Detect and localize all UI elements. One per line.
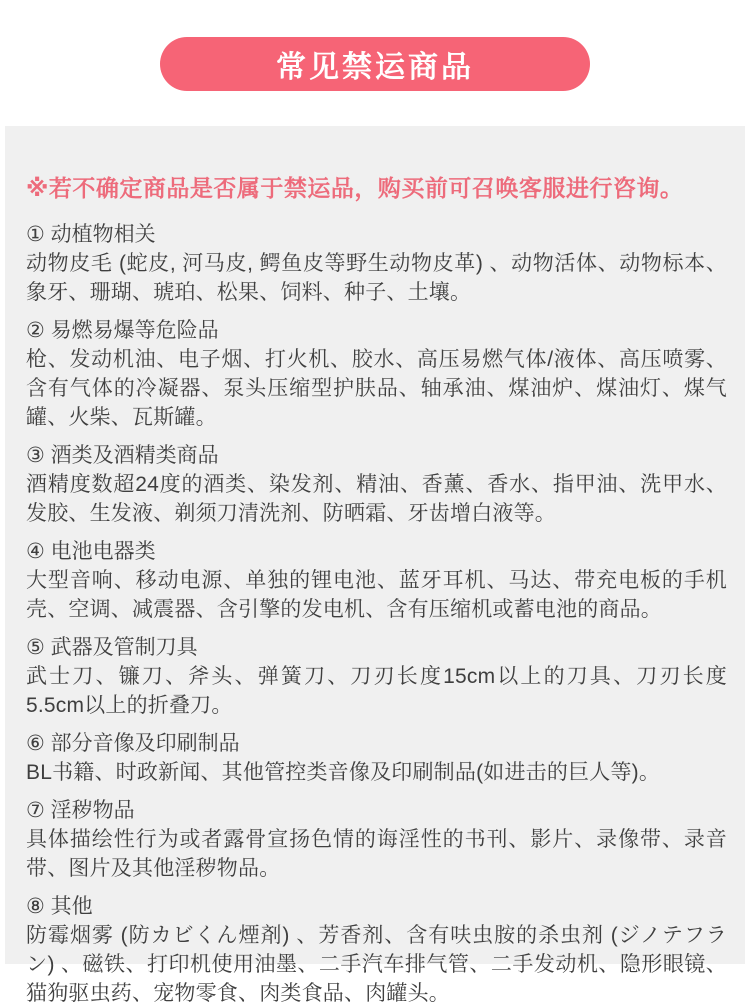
section-heading: ⑥ 部分音像及印刷制品: [26, 729, 727, 758]
section-body: 防霉烟雾 (防カビくん煙剤) 、芳香剂、含有呋虫胺的杀虫剂 (ジノテフラン) 、…: [26, 921, 727, 1004]
section-heading: ⑦ 淫秽物品: [26, 796, 727, 825]
section-body: 武士刀、镰刀、斧头、弹簧刀、刀刃长度15cm以上的刀具、刀刃长度5.5cm以上的…: [26, 662, 727, 720]
section-heading: ① 动植物相关: [26, 220, 727, 249]
page-title: 常见禁运商品: [276, 42, 474, 86]
section-weapons-knives: ⑤ 武器及管制刀具 武士刀、镰刀、斧头、弹簧刀、刀刃长度15cm以上的刀具、刀刃…: [26, 633, 727, 720]
section-animals-plants: ① 动植物相关 动物皮毛 (蛇皮, 河马皮, 鳄鱼皮等野生动物皮革) 、动物活体…: [26, 220, 727, 307]
section-heading: ⑧ 其他: [26, 892, 727, 921]
section-others: ⑧ 其他 防霉烟雾 (防カビくん煙剤) 、芳香剂、含有呋虫胺的杀虫剂 (ジノテフ…: [26, 892, 727, 1004]
section-alcohol: ③ 酒类及酒精类商品 酒精度数超24度的酒类、染发剂、精油、香薰、香水、指甲油、…: [26, 441, 727, 528]
section-batteries-appliances: ④ 电池电器类 大型音响、移动电源、单独的锂电池、蓝牙耳机、马达、带充电板的手机…: [26, 537, 727, 624]
section-heading: ③ 酒类及酒精类商品: [26, 441, 727, 470]
section-flammables-dangerous: ② 易燃易爆等危险品 枪、发动机油、电子烟、打火机、胶水、高压易燃气体/液体、高…: [26, 316, 727, 432]
prohibited-sections: ① 动植物相关 动物皮毛 (蛇皮, 河马皮, 鳄鱼皮等野生动物皮革) 、动物活体…: [26, 220, 727, 1004]
prohibited-items-card: ※若不确定商品是否属于禁运品，购买前可召唤客服进行咨询。 ① 动植物相关 动物皮…: [5, 126, 745, 964]
section-media-prints: ⑥ 部分音像及印刷制品 BL书籍、时政新闻、其他管控类音像及印刷制品(如进击的巨…: [26, 729, 727, 787]
section-heading: ⑤ 武器及管制刀具: [26, 633, 727, 662]
section-body: BL书籍、时政新闻、其他管控类音像及印刷制品(如进击的巨人等)。: [26, 758, 727, 787]
section-obscene-items: ⑦ 淫秽物品 具体描绘性行为或者露骨宣扬色情的诲淫性的书刊、影片、录像带、录音带…: [26, 796, 727, 883]
page-title-banner: 常见禁运商品: [160, 37, 590, 91]
section-body: 大型音响、移动电源、单独的锂电池、蓝牙耳机、马达、带充电板的手机壳、空调、减震器…: [26, 566, 727, 624]
section-heading: ② 易燃易爆等危险品: [26, 316, 727, 345]
consult-notice: ※若不确定商品是否属于禁运品，购买前可召唤客服进行咨询。: [26, 173, 727, 203]
section-heading: ④ 电池电器类: [26, 537, 727, 566]
section-body: 具体描绘性行为或者露骨宣扬色情的诲淫性的书刊、影片、录像带、录音带、图片及其他淫…: [26, 825, 727, 883]
section-body: 酒精度数超24度的酒类、染发剂、精油、香薰、香水、指甲油、洗甲水、发胶、生发液、…: [26, 470, 727, 528]
section-body: 动物皮毛 (蛇皮, 河马皮, 鳄鱼皮等野生动物皮革) 、动物活体、动物标本、象牙…: [26, 249, 727, 307]
section-body: 枪、发动机油、电子烟、打火机、胶水、高压易燃气体/液体、高压喷雾、含有气体的冷凝…: [26, 345, 727, 432]
